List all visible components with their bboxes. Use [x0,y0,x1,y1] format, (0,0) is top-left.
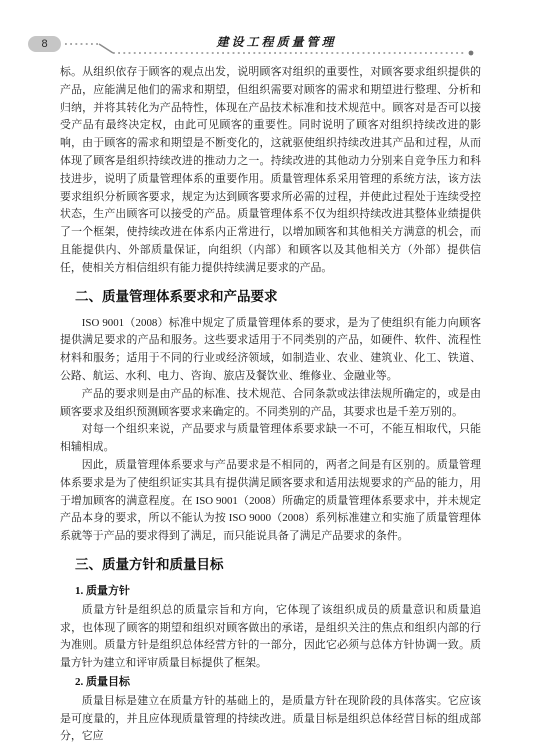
quality-objective-paragraph: 质量目标是建立在质量方针的基础上的，是质量方针在现阶段的具体落实。它应该是可度量… [60,693,481,746]
section-heading-2: 二、质量管理体系要求和产品要求 [75,287,481,306]
section-heading-3: 三、质量方针和质量目标 [75,555,481,574]
book-title: 建设工程质量管理 [0,33,539,50]
continued-paragraph: 标。从组织依存于顾客的观点出发，说明顾客对组织的重要性，对顾客要求组织提供的产品… [60,64,481,278]
quality-policy-paragraph: 质量方针是组织总的质量宗旨和方向，它体现了该组织成员的质量意识和质量追求，也体现… [60,602,481,673]
section2-paragraph-4: 因此，质量管理体系要求与产品要求是不相同的，两者之间是有区别的。质量管理体系要求… [60,457,481,546]
header-rule [0,0,539,62]
section2-paragraph-1: ISO 9001（2008）标准中规定了质量管理体系的要求，是为了使组织有能力向… [60,315,481,386]
section2-paragraph-3: 对每一个组织来说，产品要求与质量管理体系要求缺一不可，不能互相取代，只能相辅相成… [60,421,481,457]
subsection-heading-quality-policy: 1. 质量方针 [75,583,481,601]
subsection-heading-quality-objective: 2. 质量目标 [75,674,481,692]
book-page: 8 建设工程质量管理 标。从组织依存于顾客的观点出发，说明顾客对组织的重要性，对… [0,0,539,750]
page-content: 标。从组织依存于顾客的观点出发，说明顾客对组织的重要性，对顾客要求组织提供的产品… [60,64,481,746]
section2-paragraph-2: 产品的要求则是由产品的标准、技术规范、合同条款或法律法规所确定的，或是由顾客要求… [60,386,481,422]
